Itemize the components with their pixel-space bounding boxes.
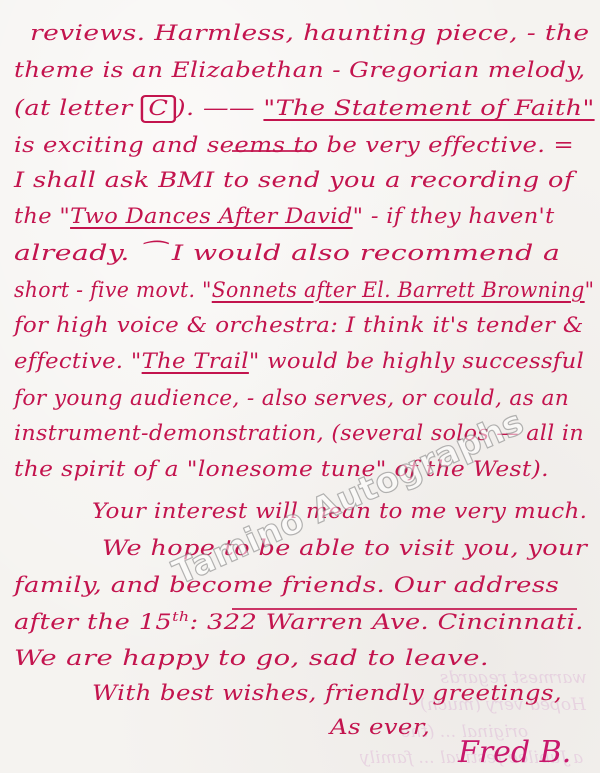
letter-line: theme is an Elizabethan - Gregorian melo…	[14, 58, 586, 82]
line-text: theme is an Elizabethan - Gregorian melo…	[14, 58, 586, 82]
line-text: reviews. Harmless, haunting piece, - the	[30, 21, 589, 45]
line-text: effective. "	[14, 349, 142, 373]
letter-line: With best wishes, friendly greetings,	[92, 681, 562, 705]
line-text: the spirit of a "lonesome tune" of the W…	[14, 457, 549, 481]
line-text: for young audience, - also serves, or co…	[14, 386, 569, 410]
letter-line: Your interest will mean to me very much.	[92, 499, 587, 523]
line-text: family, and become friends. Our address	[14, 573, 559, 597]
line-text: for high voice & orchestra: I think it's…	[14, 313, 584, 337]
line-text: (at letter	[14, 96, 141, 120]
line-text: Your interest will mean to me very much.	[92, 499, 587, 523]
underline-stroke	[232, 608, 577, 610]
letter-page: warmest regards Hoped very (much) origin…	[0, 0, 600, 773]
line-text: " would be highly successful	[249, 349, 584, 373]
letter-line: instrument-demonstration, (several solos…	[14, 421, 584, 445]
signature: Fred B.	[458, 735, 571, 770]
letter-line: for high voice & orchestra: I think it's…	[14, 313, 584, 337]
line-text: " - if they haven't	[353, 204, 555, 228]
letter-body: reviews. Harmless, haunting piece, - the…	[0, 0, 600, 773]
letter-line: is exciting and seems to be very effecti…	[14, 133, 574, 157]
line-text: We hope to be able to visit you, your	[102, 536, 587, 560]
letter-line: family, and become friends. Our address	[14, 573, 559, 597]
underlined-title: The Trail	[142, 349, 249, 373]
letter-line: effective. "The Trail" would be highly s…	[14, 349, 584, 373]
letter-line: short - five movt. "Sonnets after El. Ba…	[14, 278, 594, 302]
line-text: ). ——	[176, 96, 264, 120]
letter-line: (at letter C). —— "The Statement of Fait…	[14, 95, 595, 122]
line-text: As ever,	[330, 715, 430, 739]
letter-line: the spirit of a "lonesome tune" of the W…	[14, 457, 549, 481]
underlined-title: "The Statement of Faith"	[263, 96, 594, 120]
underlined-title: Sonnets after El. Barrett Browning	[212, 278, 585, 302]
letter-line: for young audience, - also serves, or co…	[14, 386, 569, 410]
line-text: We are happy to go, sad to leave.	[14, 646, 489, 670]
letter-line: after the 15th: 322 Warren Ave. Cincinna…	[14, 610, 584, 634]
line-text: "	[585, 278, 595, 302]
line-text: : 322 Warren Ave. Cincinnati.	[189, 610, 583, 634]
letter-line: I shall ask BMI to send you a recording …	[14, 168, 574, 192]
dash-stroke	[232, 150, 312, 152]
line-text: instrument-demonstration, (several solos…	[14, 421, 584, 445]
letter-line: We are happy to go, sad to leave.	[14, 646, 489, 670]
line-text: short - five movt. "	[14, 278, 212, 302]
line-text: th	[172, 610, 189, 625]
letter-line: We hope to be able to visit you, your	[102, 536, 587, 560]
line-text: after the 15	[14, 610, 172, 634]
line-text: I shall ask BMI to send you a recording …	[14, 168, 574, 192]
letter-line: As ever,	[330, 715, 430, 739]
letter-line: the "Two Dances After David" - if they h…	[14, 204, 554, 228]
boxed-rehearsal-letter: C	[141, 95, 176, 122]
line-text: already. ⁀ I would also recommend a	[14, 241, 560, 265]
underlined-title: Two Dances After David	[70, 204, 353, 228]
line-text: is exciting and seems to be very effecti…	[14, 133, 574, 157]
line-text: the "	[14, 204, 70, 228]
letter-line: reviews. Harmless, haunting piece, - the	[30, 21, 589, 45]
letter-line: already. ⁀ I would also recommend a	[14, 241, 560, 265]
line-text: With best wishes, friendly greetings,	[92, 681, 562, 705]
